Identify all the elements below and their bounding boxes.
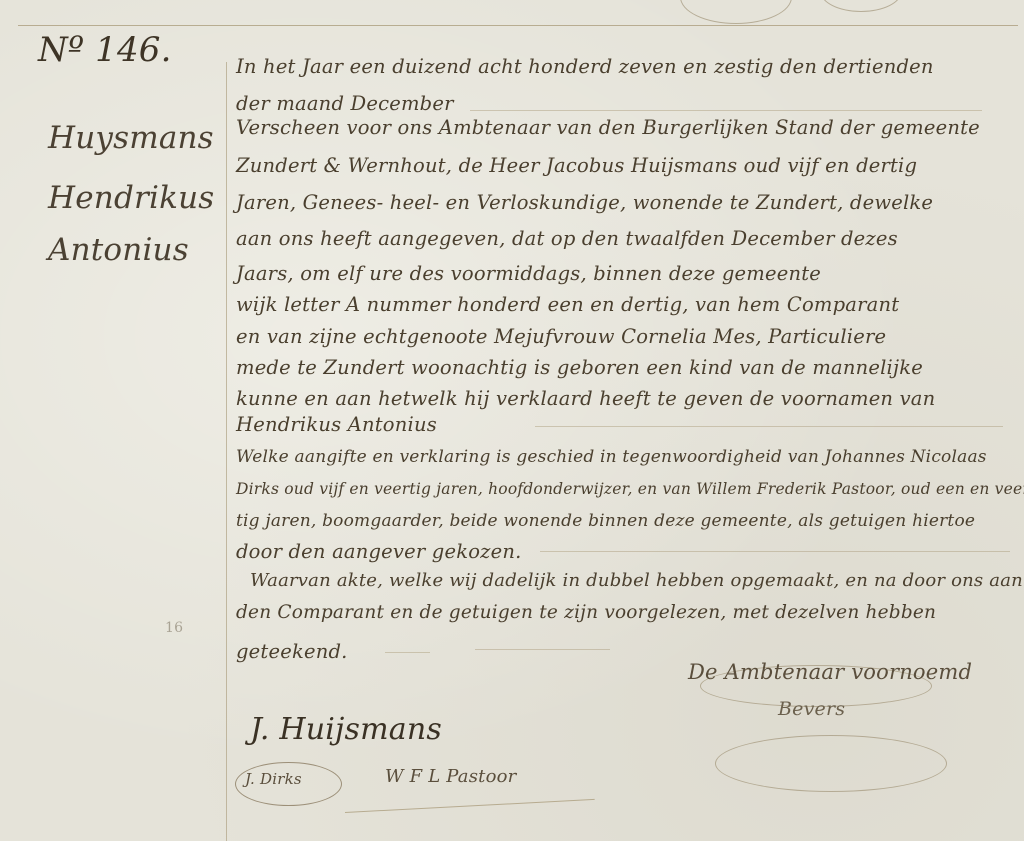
body-line: en van zijne echtgenoote Mejufvrouw Corn… <box>236 325 886 348</box>
body-line: kunne en aan hetwelk hij verklaard heeft… <box>236 387 935 410</box>
body-line: Waarvan akte, welke wij dadelijk in dubb… <box>250 570 1023 591</box>
top-flourish-right <box>820 0 902 12</box>
body-line: aan ons heeft aangegeven, dat op den twa… <box>236 227 898 250</box>
margin-second-name: Antonius <box>48 232 189 268</box>
body-line: Verscheen voor ons Ambtenaar van den Bur… <box>236 116 980 139</box>
body-line-child-name: Hendrikus Antonius <box>236 413 437 436</box>
body-line: mede te Zundert woonachtig is geboren ee… <box>236 356 923 379</box>
body-line: In het Jaar een duizend acht honderd zev… <box>236 55 934 78</box>
official-signature: Bevers <box>778 698 845 720</box>
body-line: Jaren, Genees- heel- en Verloskundige, w… <box>236 191 933 214</box>
declarant-signature: J. Huijsmans <box>250 712 442 747</box>
margin-first-name: Hendrikus <box>48 180 214 216</box>
margin-divider <box>226 62 227 841</box>
margin-surname: Huysmans <box>48 120 214 156</box>
body-line: den Comparant en de getuigen te zijn voo… <box>236 602 936 623</box>
top-flourish-left <box>680 0 792 24</box>
body-line: Dirks oud vijf en veertig jaren, hoofdon… <box>236 480 1024 498</box>
witness-2-signature: W F L Pastoor <box>385 766 517 787</box>
body-line: der maand December <box>236 92 454 115</box>
body-line: wijk letter A nummer honderd een en dert… <box>236 293 899 316</box>
text-rule <box>470 110 982 111</box>
body-line: Welke aangifte en verklaring is geschied… <box>236 447 987 467</box>
body-line: geteekend. <box>236 640 348 663</box>
text-rule <box>385 652 430 653</box>
page-marking: 16 <box>165 620 183 636</box>
official-caption: De Ambtenaar voornoemd <box>688 660 972 684</box>
signature-underline <box>345 799 595 813</box>
official-lower-flourish <box>715 735 947 792</box>
body-line: Jaars, om elf ure des voormiddags, binne… <box>236 262 821 285</box>
record-number: Nº 146. <box>38 30 172 70</box>
top-rule <box>18 25 1018 26</box>
body-line: Zundert & Wernhout, de Heer Jacobus Huij… <box>236 154 917 177</box>
text-rule <box>475 649 610 650</box>
witness-1-signature: J. Dirks <box>245 770 302 788</box>
text-rule <box>535 426 1003 427</box>
register-page: Nº 146. Huysmans Hendrikus Antonius 16 I… <box>0 0 1024 841</box>
text-rule <box>540 551 1010 552</box>
body-line: tig jaren, boomgaarder, beide wonende bi… <box>236 511 975 531</box>
body-line: door den aangever gekozen. <box>236 540 522 563</box>
